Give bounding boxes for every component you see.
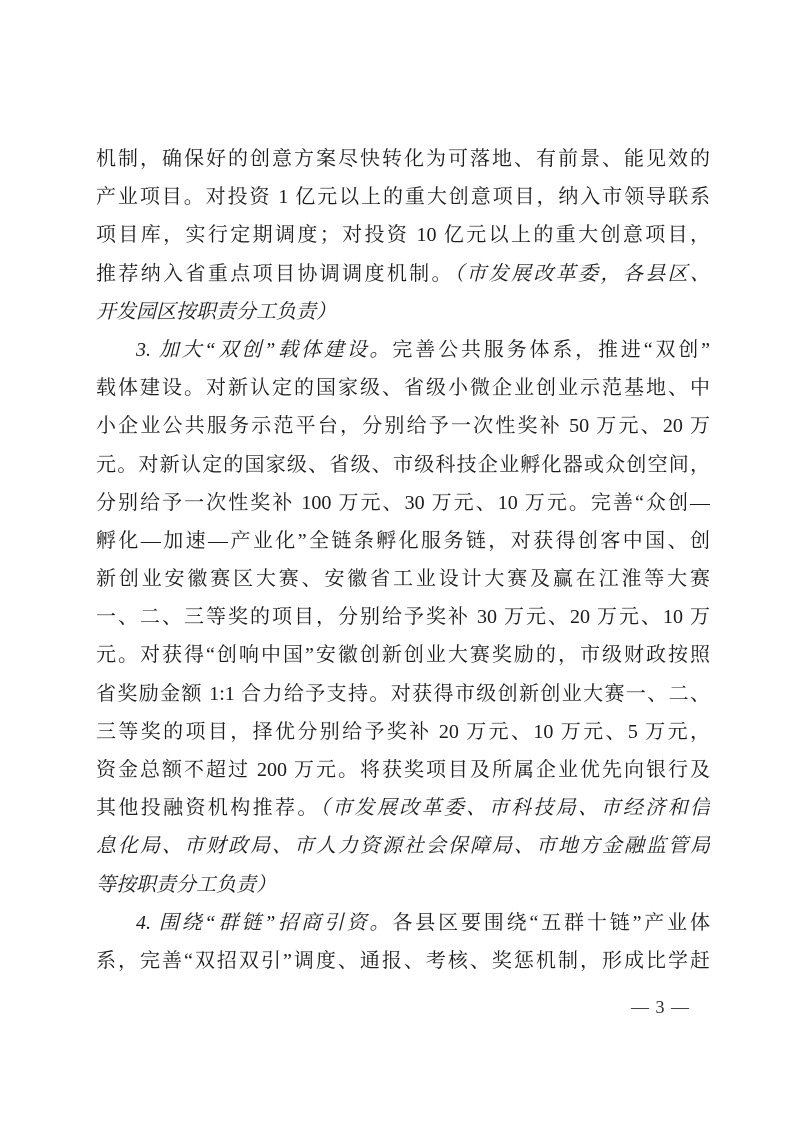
text-line: 小企业公共服务示范平台，分别给予一次性奖补 50 万元、20 万 — [96, 407, 710, 445]
body-text-run: 元。对新认定的国家级、省级、市级科技企业孵化器或众创空间， — [96, 454, 710, 476]
body-text-run: 资金总额不超过 200 万元。将获奖项目及所属企业优先向银行及 — [96, 759, 710, 781]
text-line: 元。对新认定的国家级、省级、市级科技企业孵化器或众创空间， — [96, 446, 710, 484]
kai-text-run: （市发展改革委、市科技局、市经济和信 — [320, 797, 710, 819]
kai-text-run: 开发园区按职责分工负责） — [96, 301, 336, 323]
text-line: 孵化—加速—产业化”全链条孵化服务链，对获得创客中国、创 — [96, 522, 710, 560]
text-line: 载体建设。对新认定的国家级、省级小微企业创业示范基地、中 — [96, 369, 710, 407]
text-line: 省奖励金额 1:1 合力给予支持。对获得市级创新创业大赛一、二、 — [96, 675, 710, 713]
page-number: — 3 — — [631, 996, 690, 1018]
text-line: 3. 加大“双创”载体建设。完善公共服务体系，推进“双创” — [96, 331, 710, 369]
text-line: 机制，确保好的创意方案尽快转化为可落地、有前景、能见效的 — [96, 140, 710, 178]
body-text-run: 系，完善“双招双引”调度、通报、考核、奖惩机制，形成比学赶 — [96, 950, 710, 972]
body-text-run: 新创业安徽赛区大赛、安徽省工业设计大赛及赢在江淮等大赛 — [96, 568, 710, 590]
text-line: 系，完善“双招双引”调度、通报、考核、奖惩机制，形成比学赶 — [96, 942, 710, 980]
text-line: 开发园区按职责分工负责） — [96, 293, 710, 331]
body-text-run: 一、二、三等奖的项目，分别给予奖补 30 万元、20 万元、10 万 — [96, 606, 710, 628]
text-line: 息化局、市财政局、市人力资源社会保障局、市地方金融监管局 — [96, 827, 710, 865]
body-text-run: 三等奖的项目，择优分别给予奖补 20 万元、10 万元、5 万元， — [96, 721, 710, 743]
body-text-run: 各县区要围绕“五群十链”产业体 — [392, 912, 710, 934]
text-line: 其他投融资机构推荐。（市发展改革委、市科技局、市经济和信 — [96, 789, 710, 827]
kai-text-run: 3. 加大“双创”载体建设。 — [136, 339, 392, 361]
document-page: 机制，确保好的创意方案尽快转化为可落地、有前景、能见效的产业项目。对投资 1 亿… — [0, 0, 793, 1122]
body-text-run: 小企业公共服务示范平台，分别给予一次性奖补 50 万元、20 万 — [96, 415, 710, 437]
kai-text-run: 等按职责分工负责） — [96, 874, 276, 896]
text-line: 分别给予一次性奖补 100 万元、30 万元、10 万元。完善“众创— — [96, 484, 710, 522]
body-text-run: 其他投融资机构推荐。 — [96, 797, 320, 819]
body-text-run: 推荐纳入省重点项目协调调度机制。 — [96, 263, 454, 285]
body-text-run: 载体建设。对新认定的国家级、省级小微企业创业示范基地、中 — [96, 377, 710, 399]
text-line: 元。对获得“创响中国”安徽创新创业大赛奖励的，市级财政按照 — [96, 636, 710, 674]
document-body: 机制，确保好的创意方案尽快转化为可落地、有前景、能见效的产业项目。对投资 1 亿… — [96, 140, 710, 980]
kai-text-run: 4. 围绕“群链”招商引资。 — [136, 912, 392, 934]
kai-text-run: （市发展改革委，各县区、 — [454, 263, 710, 285]
kai-text-run: 息化局、市财政局、市人力资源社会保障局、市地方金融监管局 — [96, 835, 710, 857]
body-text-run: 元。对获得“创响中国”安徽创新创业大赛奖励的，市级财政按照 — [96, 644, 710, 666]
body-text-run: 项目库，实行定期调度；对投资 10 亿元以上的重大创意项目， — [96, 224, 710, 246]
text-line: 资金总额不超过 200 万元。将获奖项目及所属企业优先向银行及 — [96, 751, 710, 789]
body-text-run: 完善公共服务体系，推进“双创” — [392, 339, 710, 361]
text-line: 项目库，实行定期调度；对投资 10 亿元以上的重大创意项目， — [96, 216, 710, 254]
text-line: 一、二、三等奖的项目，分别给予奖补 30 万元、20 万元、10 万 — [96, 598, 710, 636]
body-text-run: 孵化—加速—产业化”全链条孵化服务链，对获得创客中国、创 — [96, 530, 710, 552]
body-text-run: 机制，确保好的创意方案尽快转化为可落地、有前景、能见效的 — [96, 148, 710, 170]
text-line: 产业项目。对投资 1 亿元以上的重大创意项目，纳入市领导联系 — [96, 178, 710, 216]
text-line: 等按职责分工负责） — [96, 866, 710, 904]
body-text-run: 省奖励金额 1:1 合力给予支持。对获得市级创新创业大赛一、二、 — [96, 683, 710, 705]
text-line: 三等奖的项目，择优分别给予奖补 20 万元、10 万元、5 万元， — [96, 713, 710, 751]
body-text-run: 分别给予一次性奖补 100 万元、30 万元、10 万元。完善“众创— — [96, 492, 710, 514]
text-line: 新创业安徽赛区大赛、安徽省工业设计大赛及赢在江淮等大赛 — [96, 560, 710, 598]
text-line: 4. 围绕“群链”招商引资。各县区要围绕“五群十链”产业体 — [96, 904, 710, 942]
text-line: 推荐纳入省重点项目协调调度机制。（市发展改革委，各县区、 — [96, 255, 710, 293]
body-text-run: 产业项目。对投资 1 亿元以上的重大创意项目，纳入市领导联系 — [96, 186, 710, 208]
